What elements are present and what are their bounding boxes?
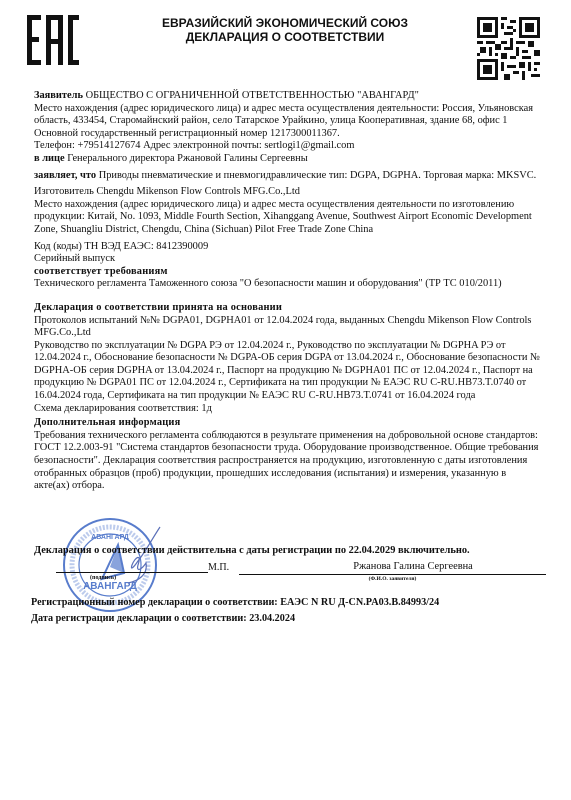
applicant-label: Заявитель — [34, 90, 83, 101]
product-description: Приводы пневматические и пневмогидравлич… — [99, 170, 537, 181]
signature-caption: (подпись) — [90, 575, 116, 581]
represented-by: Генерального директора Ржановой Галины С… — [67, 153, 307, 164]
applicant-ogrn: Основной государственный регистрационный… — [34, 128, 544, 141]
document-header: ЕВРАЗИЙСКИЙ ЭКОНОМИЧЕСКИЙ СОЮЗ ДЕКЛАРАЦИ… — [120, 16, 450, 44]
regulation: Технического регламента Таможенного союз… — [34, 278, 544, 291]
union-title: ЕВРАЗИЙСКИЙ ЭКОНОМИЧЕСКИЙ СОЮЗ — [120, 16, 450, 30]
applicant-address: Место нахождения (адрес юридического лиц… — [34, 103, 544, 128]
document-title: ДЕКЛАРАЦИЯ О СООТВЕТСТВИИ — [120, 30, 450, 44]
manufacturer: Изготовитель Chengdu Mikenson Flow Contr… — [34, 186, 544, 199]
applicant-line: Заявитель ОБЩЕСТВО С ОГРАНИЧЕННОЙ ОТВЕТС… — [34, 90, 544, 103]
signer-name-caption: (Ф.И.О. заявителя) — [239, 576, 546, 582]
production-type: Серийный выпуск — [34, 253, 544, 266]
product-line: заявляет, что Приводы пневматические и п… — [34, 170, 544, 183]
declaration-body: Заявитель ОБЩЕСТВО С ОГРАНИЧЕННОЙ ОТВЕТС… — [34, 90, 544, 493]
applicant-contacts: Телефон: +79514127674 Адрес электронной … — [34, 140, 544, 153]
hs-code: Код (коды) ТН ВЭД ЕАЭС: 8412390009 — [34, 241, 544, 254]
registration-date: Дата регистрации декларации о соответств… — [31, 613, 295, 624]
validity-statement: Декларация о соответствии действительна … — [34, 545, 470, 556]
represented-label: в лице — [34, 153, 65, 164]
represented-by-line: в лице Генерального директора Ржановой Г… — [34, 153, 544, 166]
svg-text:АВАНГАРД: АВАНГАРД — [83, 581, 137, 592]
registration-number: Регистрационный номер декларации о соотв… — [31, 597, 439, 608]
additional-info-title: Дополнительная информация — [34, 417, 544, 430]
declares-label: заявляет, что — [34, 170, 96, 181]
signer-name-line — [239, 574, 546, 575]
complies-label: соответствует требованиям — [34, 266, 544, 279]
basis-documents: Руководство по эксплуатации № DGPA РЭ от… — [34, 340, 544, 403]
applicant-name: ОБЩЕСТВО С ОГРАНИЧЕННОЙ ОТВЕТСТВЕННОСТЬЮ… — [86, 90, 419, 101]
additional-info-text: Требования технического регламента соблю… — [34, 430, 544, 493]
manufacturer-address: Место нахождения (адрес юридического лиц… — [34, 199, 544, 237]
eac-mark-icon — [27, 15, 79, 65]
seal-place-label: М.П. — [208, 562, 229, 573]
basis-protocols: Протоколов испытаний №№ DGPA01, DGPHA01 … — [34, 315, 544, 340]
signer-name: Ржанова Галина Сергеевна — [280, 561, 546, 572]
basis-title: Декларация о соответствии принята на осн… — [34, 302, 544, 315]
svg-text:АВАНГАРД: АВАНГАРД — [91, 534, 129, 541]
declaration-scheme: Схема декларирования соответствия: 1д — [34, 403, 544, 416]
qr-code-icon[interactable] — [477, 17, 540, 80]
signature-line — [56, 572, 208, 573]
